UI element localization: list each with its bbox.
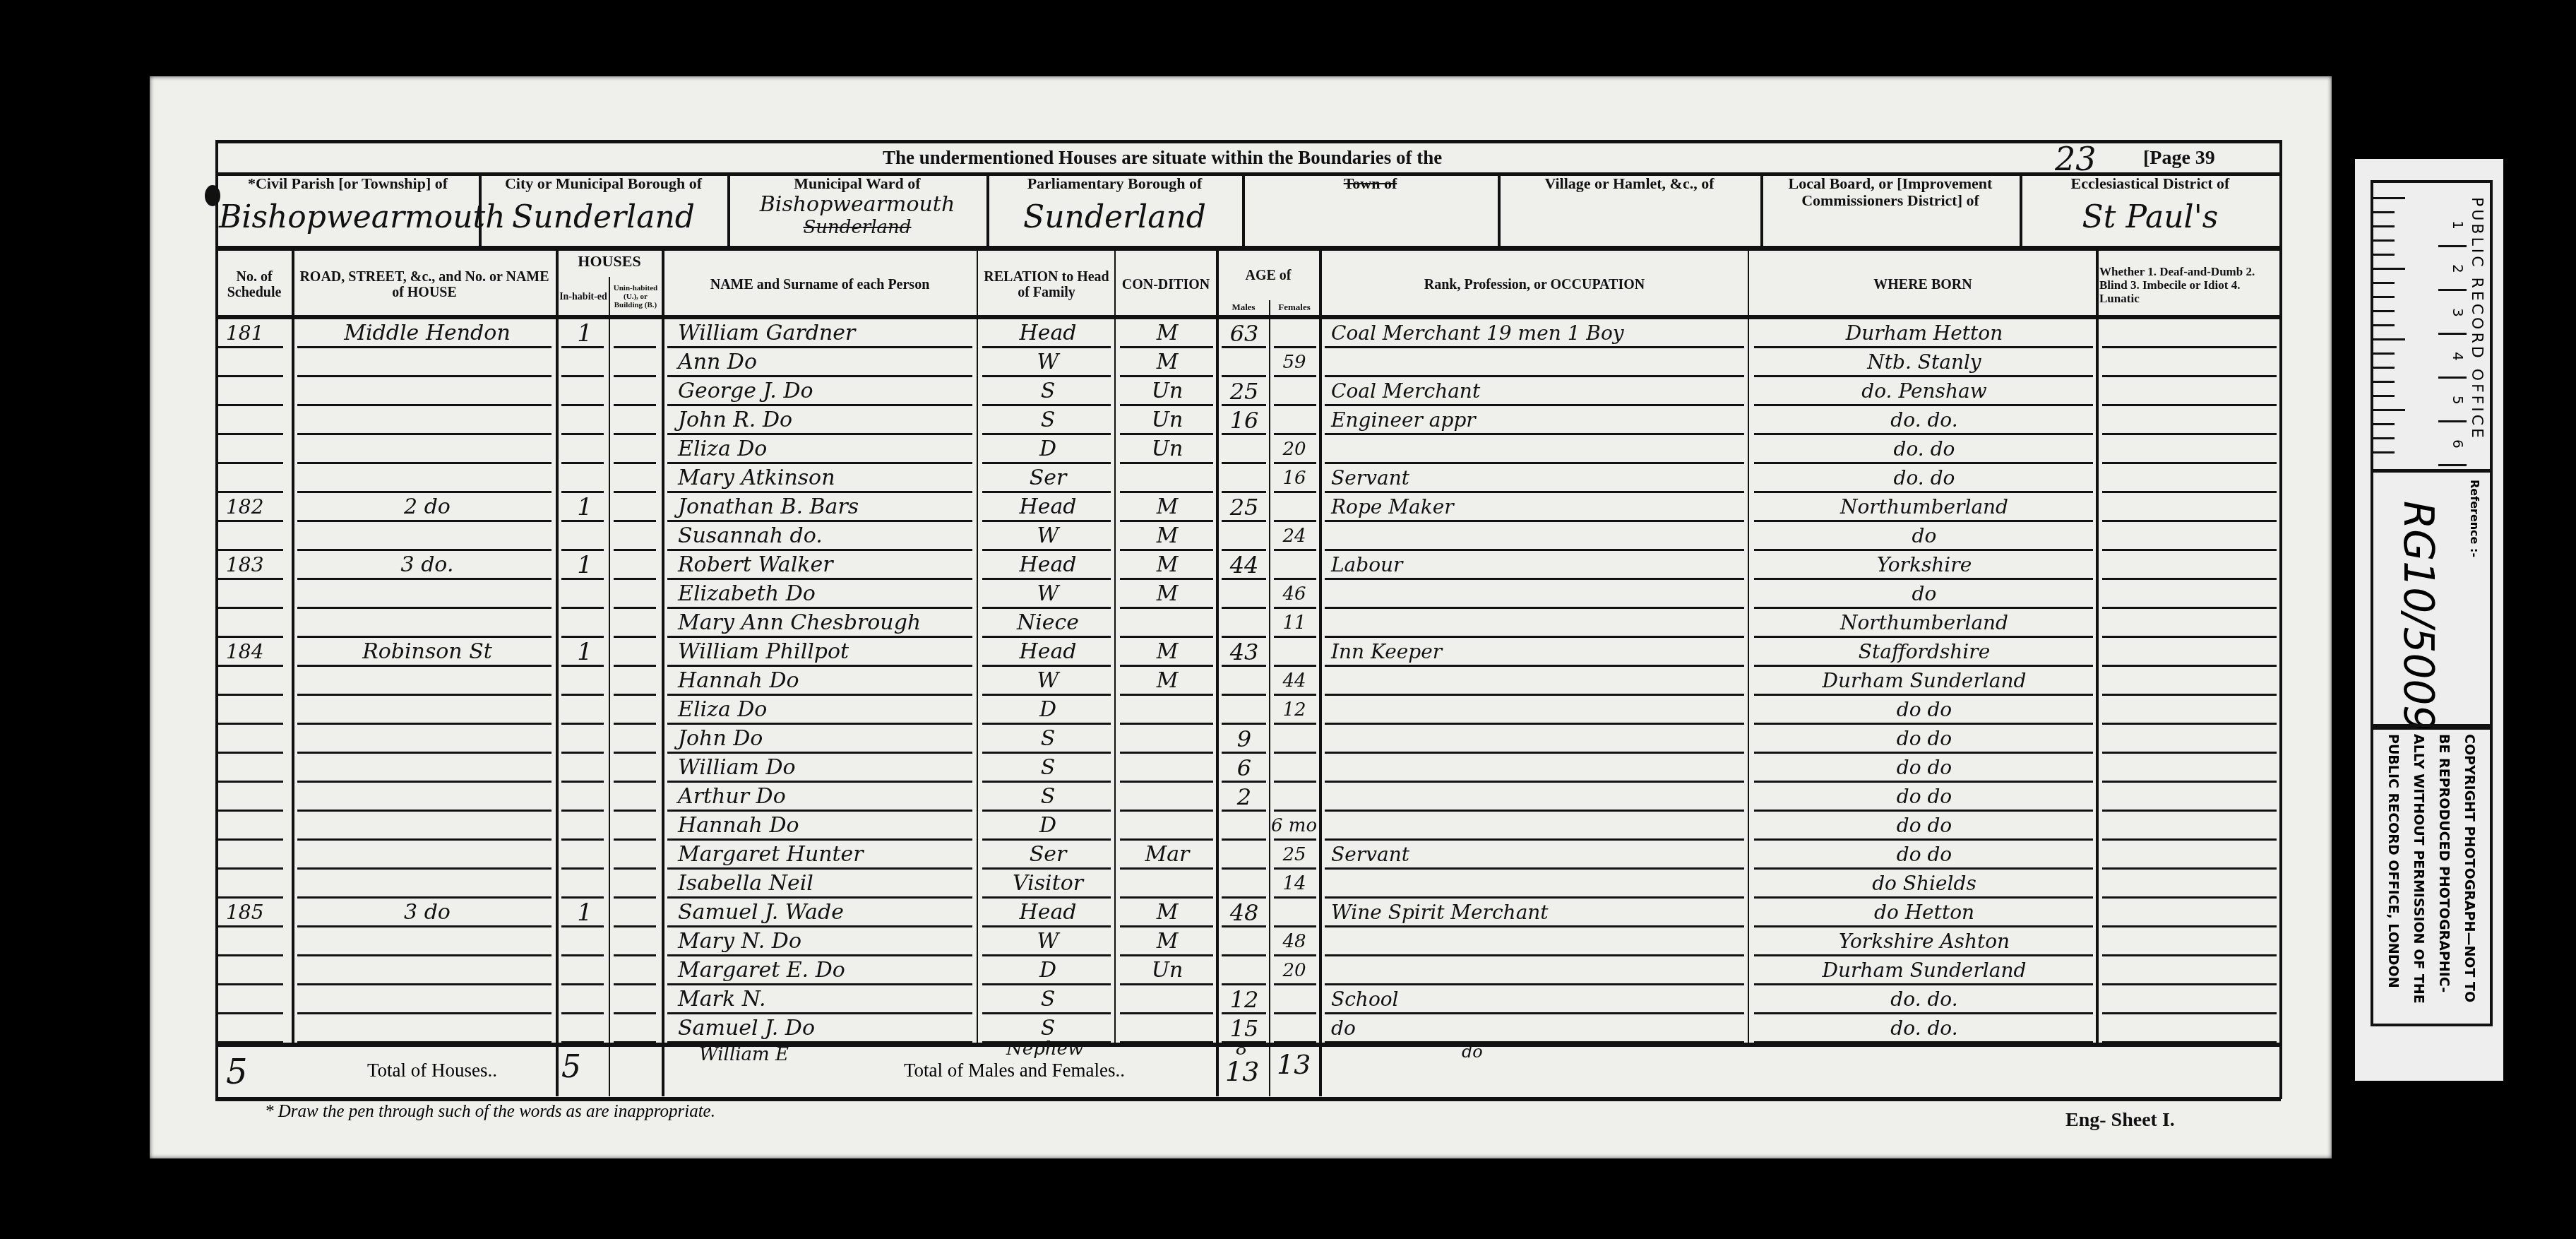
cell-relation: Visitor xyxy=(982,870,1114,898)
cell-schedule xyxy=(219,1014,297,1043)
cell-occupation xyxy=(1324,754,1755,782)
cell-occupation xyxy=(1324,812,1755,840)
ecclesiastical-district-value: St Paul's xyxy=(2022,199,2278,235)
cell-condition: M xyxy=(1119,580,1215,608)
cell-born: do Shields xyxy=(1753,870,2095,898)
cell-female-age xyxy=(1271,1014,1318,1043)
cell-inhabited: 1 xyxy=(561,638,608,666)
cell-condition: M xyxy=(1119,899,1215,927)
cell-male-age xyxy=(1220,667,1269,695)
table-row: William DoS6do do xyxy=(215,754,2281,782)
cell-relation: D xyxy=(982,812,1114,840)
cell-road: 2 do xyxy=(300,493,554,521)
cell-male-age: 2 xyxy=(1220,783,1269,811)
col-header-inhabited: In-habit-ed xyxy=(559,277,607,316)
municipal-ward-value: Bishopwearmouth xyxy=(730,192,984,217)
cell-relation: W xyxy=(982,522,1114,550)
cell-inhabited xyxy=(561,754,608,782)
cell-condition: M xyxy=(1119,493,1215,521)
cell-schedule xyxy=(219,522,297,550)
cell-female-age: 6 months xyxy=(1271,812,1318,840)
cell-name: Mary N. Do xyxy=(671,927,985,956)
row-rule xyxy=(1754,1041,2093,1043)
col-header-schedule: No. of Schedule xyxy=(219,253,290,316)
cell-inhabited: 1 xyxy=(561,899,608,927)
table-row: Elizabeth DoWM46do xyxy=(215,580,2281,608)
cell-male-age xyxy=(1220,435,1269,463)
cell-name: William Gardner xyxy=(671,319,985,348)
cell-male-age xyxy=(1220,580,1269,608)
total-males: 13 xyxy=(1225,1056,1259,1087)
cell-inhabited xyxy=(561,725,608,753)
table-row: Mark N.S12Schooldo. do. xyxy=(215,985,2281,1014)
cell-name: Eliza Do xyxy=(671,696,985,724)
row-rule xyxy=(218,1041,283,1043)
cell-male-age xyxy=(1220,696,1269,724)
cell-female-age: 20 xyxy=(1271,956,1318,985)
cell-born: do xyxy=(1753,580,2095,608)
cell-schedule xyxy=(219,841,297,869)
copyright-box: COPYRIGHT PHOTOGRAPH—NOT TO BE REPRODUCE… xyxy=(2371,724,2493,1026)
cell-occupation xyxy=(1324,725,1755,753)
cell-relation: D xyxy=(982,696,1114,724)
cell-inhabited xyxy=(561,927,608,956)
cell-relation: S xyxy=(982,754,1114,782)
cell-schedule xyxy=(219,348,297,377)
bottom-rule xyxy=(215,1097,2281,1101)
cell-road xyxy=(300,406,554,434)
ruler-tick xyxy=(2373,197,2405,199)
cell-occupation: Labour xyxy=(1324,551,1755,579)
cell-born: do do xyxy=(1753,725,2095,753)
cell-name: Margaret E. Do xyxy=(671,956,985,985)
cell-schedule xyxy=(219,435,297,463)
cell-condition xyxy=(1119,870,1215,898)
col-header-males: Males xyxy=(1220,300,1268,314)
row-rule xyxy=(561,1041,604,1043)
cell-schedule xyxy=(219,725,297,753)
cell-female-age xyxy=(1271,377,1318,405)
ruler-number: 4 xyxy=(2438,336,2467,379)
cell-born: do xyxy=(1753,522,2095,550)
cell-female-age xyxy=(1271,985,1318,1014)
col-header-relation: RELATION to Head of Family xyxy=(980,253,1113,316)
cell-condition xyxy=(1119,609,1215,637)
cell-condition: Un xyxy=(1119,956,1215,985)
cell-relation: Ser xyxy=(982,464,1114,492)
cell-occupation: Rope Maker xyxy=(1324,493,1755,521)
cell-born: do do xyxy=(1753,812,2095,840)
footnote: * Draw the pen through such of the words… xyxy=(265,1102,715,1122)
cell-name: John R. Do xyxy=(671,406,985,434)
col-header-name: NAME and Surname of each Person xyxy=(665,253,974,316)
cell-condition: M xyxy=(1119,522,1215,550)
cell-inhabited: 1 xyxy=(561,319,608,348)
cell-occupation: Servant xyxy=(1324,841,1755,869)
cell-occupation: Engineer appr xyxy=(1324,406,1755,434)
cell-name: Ann Do xyxy=(671,348,985,377)
ruler-tick xyxy=(2373,268,2405,270)
table-row: 1822 do1Jonathan B. BarsHeadM25Rope Make… xyxy=(215,493,2281,521)
cell-born: do Hetton xyxy=(1753,899,2095,927)
municipal-ward-cell: Municipal Ward of Bishopwearmouth Sunder… xyxy=(730,175,984,246)
cell-relation: S xyxy=(982,377,1114,405)
cell-male-age: 43 xyxy=(1220,638,1269,666)
ruler-tick xyxy=(2373,338,2405,340)
cell-male-age: 48 xyxy=(1220,899,1269,927)
cell-road xyxy=(300,956,554,985)
cell-inhabited xyxy=(561,435,608,463)
cell-occupation xyxy=(1324,609,1755,637)
cell-occupation: Servant xyxy=(1324,464,1755,492)
extra-entry-occupation: do xyxy=(1462,1042,1483,1062)
cell-born: do. do. xyxy=(1753,1014,2095,1043)
sheet-label: Eng- Sheet I. xyxy=(2065,1109,2175,1132)
cell-condition xyxy=(1119,783,1215,811)
local-board-cell: Local Board, or [Improvement Commissione… xyxy=(1763,175,2017,246)
cell-male-age: 16 xyxy=(1220,406,1269,434)
cell-road: Robinson St xyxy=(300,638,554,666)
ruler-number: 1 xyxy=(2438,204,2467,247)
table-row: 184Robinson St1William PhillpotHeadM43In… xyxy=(215,638,2281,666)
cell-condition: M xyxy=(1119,667,1215,695)
cell-born: do do xyxy=(1753,696,2095,724)
cell-schedule xyxy=(219,580,297,608)
ecclesiastical-district-cell: Ecclesiastical District of St Paul's xyxy=(2022,175,2278,246)
cell-name: Robert Walker xyxy=(671,551,985,579)
cell-name: William Phillpot xyxy=(671,638,985,666)
table-row: 1833 do.1Robert WalkerHeadM44LabourYorks… xyxy=(215,551,2281,579)
cell-relation: S xyxy=(982,985,1114,1014)
cell-condition: M xyxy=(1119,551,1215,579)
cell-inhabited xyxy=(561,580,608,608)
table-row: John DoS9do do xyxy=(215,725,2281,753)
table-row: Susannah do.WM24do xyxy=(215,522,2281,550)
cell-male-age: 12 xyxy=(1220,985,1269,1014)
table-row: Margaret HunterSerMar25Servantdo do xyxy=(215,841,2281,869)
row-rule xyxy=(667,1041,972,1043)
cell-condition: Un xyxy=(1119,435,1215,463)
cell-born: Durham Sunderland xyxy=(1753,956,2095,985)
col-header-infirmity: Whether 1. Deaf-and-Dumb 2. Blind 3. Imb… xyxy=(2099,253,2277,316)
cell-schedule: 184 xyxy=(219,638,297,666)
town-cell: Town of xyxy=(1245,175,1496,246)
cell-road: 3 do. xyxy=(300,551,554,579)
cell-born: do do xyxy=(1753,783,2095,811)
cell-name: Mary Atkinson xyxy=(671,464,985,492)
table-row: Eliza DoDUn20do. do xyxy=(215,435,2281,463)
cell-road xyxy=(300,812,554,840)
reference-box: Reference :- RG10/5009 xyxy=(2371,470,2493,730)
cell-occupation xyxy=(1324,696,1755,724)
cell-name: Jonathan B. Bars xyxy=(671,493,985,521)
cell-schedule: 181 xyxy=(219,319,297,348)
cell-inhabited xyxy=(561,464,608,492)
cell-name: Samuel J. Wade xyxy=(671,899,985,927)
cell-name: Samuel J. Do xyxy=(671,1014,985,1043)
cell-born: Northumberland xyxy=(1753,493,2095,521)
ruler-tick xyxy=(2373,211,2395,213)
cell-female-age xyxy=(1271,725,1318,753)
cell-road xyxy=(300,754,554,782)
cell-inhabited xyxy=(561,956,608,985)
cell-relation: Niece xyxy=(982,609,1114,637)
ruler-number: 6 xyxy=(2438,423,2467,466)
row-rule xyxy=(1274,1041,1316,1043)
cell-schedule xyxy=(219,870,297,898)
ruler-tick xyxy=(2373,409,2405,411)
ruler-tick xyxy=(2373,437,2395,439)
cell-born: do. Penshaw xyxy=(1753,377,2095,405)
cell-inhabited xyxy=(561,377,608,405)
cell-born: Yorkshire Ashton xyxy=(1753,927,2095,956)
cell-relation: Ser xyxy=(982,841,1114,869)
cell-born: Staffordshire xyxy=(1753,638,2095,666)
cell-schedule xyxy=(219,696,297,724)
cell-name: William Do xyxy=(671,754,985,782)
cell-occupation: Wine Spirit Merchant xyxy=(1324,899,1755,927)
cell-relation: W xyxy=(982,667,1114,695)
reference-value: RG10/5009 xyxy=(2395,501,2443,731)
cell-female-age: 16 xyxy=(1271,464,1318,492)
cell-female-age: 46 xyxy=(1271,580,1318,608)
municipal-ward-struck: Sunderland xyxy=(730,217,984,238)
ruler-tick xyxy=(2373,395,2395,397)
civil-parish-value: Bishopwearmouth xyxy=(219,199,477,235)
cell-schedule xyxy=(219,812,297,840)
cell-condition xyxy=(1119,754,1215,782)
col-header-uninhabited: Unin-habited (U.), or Building (B.) xyxy=(612,277,660,316)
cell-road xyxy=(300,1014,554,1043)
page-label: [Page 39 xyxy=(2143,147,2215,170)
cell-male-age: 63 xyxy=(1220,319,1269,348)
top-rule xyxy=(215,140,2281,143)
cell-male-age xyxy=(1220,956,1269,985)
cell-relation: S xyxy=(982,783,1114,811)
cell-female-age: 48 xyxy=(1271,927,1318,956)
parliamentary-borough-cell: Parliamentary Borough of Sunderland xyxy=(989,175,1240,246)
ruler-tick xyxy=(2373,254,2395,256)
cell-female-age xyxy=(1271,638,1318,666)
boundary-rule xyxy=(215,246,2281,251)
table-row: Hannah DoWM44Durham Sunderland xyxy=(215,667,2281,695)
cell-condition xyxy=(1119,464,1215,492)
ruler-tick xyxy=(2373,451,2395,453)
table-row: George J. DoSUn25Coal Merchantdo. Pensha… xyxy=(215,377,2281,405)
table-row: Eliza DoD12do do xyxy=(215,696,2281,724)
total-females: 13 xyxy=(1277,1049,1311,1080)
cell-female-age: 24 xyxy=(1271,522,1318,550)
cell-relation: Head xyxy=(982,899,1114,927)
cell-inhabited xyxy=(561,1014,608,1043)
cell-born: Durham Hetton xyxy=(1753,319,2095,348)
cell-born: do. do. xyxy=(1753,406,2095,434)
cell-name: Hannah Do xyxy=(671,667,985,695)
cell-schedule xyxy=(219,406,297,434)
civil-parish-cell: *Civil Parish [or Township] of Bishopwea… xyxy=(219,175,477,246)
extra-entry-name: William E xyxy=(699,1044,789,1065)
cell-road xyxy=(300,985,554,1014)
punch-hole-mark xyxy=(205,185,220,206)
cell-occupation xyxy=(1324,435,1755,463)
cell-relation: W xyxy=(982,580,1114,608)
row-rule xyxy=(1325,1041,1744,1043)
cell-road xyxy=(300,696,554,724)
cell-relation: Head xyxy=(982,551,1114,579)
cell-name: Susannah do. xyxy=(671,522,985,550)
cell-inhabited xyxy=(561,985,608,1014)
cell-condition xyxy=(1119,696,1215,724)
cell-male-age xyxy=(1220,870,1269,898)
cell-road xyxy=(300,927,554,956)
cell-occupation: Coal Merchant 19 men 1 Boy xyxy=(1324,319,1755,348)
cell-born: Northumberland xyxy=(1753,609,2095,637)
cell-name: Arthur Do xyxy=(671,783,985,811)
cell-road xyxy=(300,377,554,405)
cell-occupation: do xyxy=(1324,1014,1755,1043)
cell-relation: S xyxy=(982,725,1114,753)
ruler-number: 3 xyxy=(2438,292,2467,335)
cell-condition xyxy=(1119,812,1215,840)
ruler-tick xyxy=(2373,225,2395,227)
row-rule xyxy=(1120,1041,1213,1043)
cell-name: Margaret Hunter xyxy=(671,841,985,869)
cell-female-age: 12 xyxy=(1271,696,1318,724)
cell-inhabited xyxy=(561,348,608,377)
cell-female-age: 59 xyxy=(1271,348,1318,377)
cell-name: Mark N. xyxy=(671,985,985,1014)
cell-inhabited xyxy=(561,522,608,550)
table-row: Isabella NeilVisitor14do Shields xyxy=(215,870,2281,898)
parliamentary-borough-value: Sunderland xyxy=(989,199,1240,235)
cell-condition xyxy=(1119,725,1215,753)
cell-name: Elizabeth Do xyxy=(671,580,985,608)
cell-schedule xyxy=(219,464,297,492)
table-row: Samuel J. DoS15dodo. do. xyxy=(215,1014,2281,1043)
cell-relation: Head xyxy=(982,493,1114,521)
cell-schedule xyxy=(219,956,297,985)
cell-schedule xyxy=(219,377,297,405)
table-row: 181Middle Hendon1William GardnerHeadM63C… xyxy=(215,319,2281,348)
cell-condition: M xyxy=(1119,638,1215,666)
table-row: Margaret E. DoDUn20Durham Sunderland xyxy=(215,956,2281,985)
cell-occupation xyxy=(1324,927,1755,956)
ruler-tick xyxy=(2373,239,2395,242)
cell-male-age xyxy=(1220,812,1269,840)
cell-born: Yorkshire xyxy=(1753,551,2095,579)
cell-occupation: School xyxy=(1324,985,1755,1014)
cell-occupation xyxy=(1324,956,1755,985)
ruler-tick xyxy=(2373,367,2395,369)
cell-road xyxy=(300,522,554,550)
cell-name: Hannah Do xyxy=(671,812,985,840)
cell-schedule: 183 xyxy=(219,551,297,579)
cell-inhabited: 1 xyxy=(561,493,608,521)
cell-female-age: 25 xyxy=(1271,841,1318,869)
col-header-females: Females xyxy=(1271,300,1318,314)
cell-name: Mary Ann Chesbrough xyxy=(671,609,985,637)
cell-relation: D xyxy=(982,956,1114,985)
ruler-tick xyxy=(2373,282,2395,284)
cell-born: do do xyxy=(1753,754,2095,782)
cell-name: John Do xyxy=(671,725,985,753)
cell-born: do. do. xyxy=(1753,985,2095,1014)
cell-condition: M xyxy=(1119,927,1215,956)
cell-schedule xyxy=(219,927,297,956)
ruler-number: 5 xyxy=(2438,379,2467,422)
cell-born: Durham Sunderland xyxy=(1753,667,2095,695)
cell-schedule: 182 xyxy=(219,493,297,521)
cell-name: George J. Do xyxy=(671,377,985,405)
ruler-tick xyxy=(2373,310,2395,312)
cell-male-age: 25 xyxy=(1220,377,1269,405)
cell-born: do. do xyxy=(1753,435,2095,463)
cell-male-age xyxy=(1220,841,1269,869)
cell-male-age: 9 xyxy=(1220,725,1269,753)
col-header-occupation: Rank, Profession, or OCCUPATION xyxy=(1323,253,1746,316)
cell-born: do. do xyxy=(1753,464,2095,492)
cell-male-age xyxy=(1220,464,1269,492)
cell-schedule xyxy=(219,609,297,637)
cell-female-age xyxy=(1271,319,1318,348)
cell-occupation xyxy=(1324,522,1755,550)
ruler-number: 2 xyxy=(2438,248,2467,291)
cell-male-age xyxy=(1220,927,1269,956)
reference-strip: PUBLIC RECORD OFFICE 123456 Reference :-… xyxy=(2355,159,2503,1081)
cell-female-age xyxy=(1271,899,1318,927)
cell-schedule xyxy=(219,667,297,695)
cell-occupation xyxy=(1324,348,1755,377)
cell-male-age: 44 xyxy=(1220,551,1269,579)
village-cell: Village or Hamlet, &c., of xyxy=(1501,175,1758,246)
reference-label: Reference :- xyxy=(2468,480,2481,557)
cell-relation: Head xyxy=(982,319,1114,348)
cell-schedule xyxy=(219,783,297,811)
cell-relation: W xyxy=(982,927,1114,956)
cell-condition: M xyxy=(1119,319,1215,348)
cell-female-age: 44 xyxy=(1271,667,1318,695)
cell-condition: Mar xyxy=(1119,841,1215,869)
cell-occupation xyxy=(1324,667,1755,695)
extra-entry-relation: Nephew xyxy=(1006,1038,1083,1060)
total-houses-label: Total of Houses.. xyxy=(367,1060,497,1081)
cell-female-age xyxy=(1271,551,1318,579)
cell-road xyxy=(300,348,554,377)
table-row: Mary N. DoWM48Yorkshire Ashton xyxy=(215,927,2281,956)
cell-occupation: Coal Merchant xyxy=(1324,377,1755,405)
total-houses-value: 5 xyxy=(561,1049,581,1085)
cell-road xyxy=(300,725,554,753)
row-rule xyxy=(2102,1041,2277,1043)
cell-road xyxy=(300,783,554,811)
cell-inhabited: 1 xyxy=(561,551,608,579)
ruler-tick xyxy=(2373,296,2395,298)
cell-relation: S xyxy=(982,406,1114,434)
cell-female-age xyxy=(1271,754,1318,782)
cell-occupation xyxy=(1324,580,1755,608)
cell-male-age xyxy=(1220,348,1269,377)
cell-relation: Head xyxy=(982,638,1114,666)
page-title: The undermentioned Houses are situate wi… xyxy=(883,147,1442,169)
cell-condition xyxy=(1119,1014,1215,1043)
cell-inhabited xyxy=(561,667,608,695)
cell-born: Ntb. Stanly xyxy=(1753,348,2095,377)
cell-male-age: 6 xyxy=(1220,754,1269,782)
cell-condition: Un xyxy=(1119,377,1215,405)
cell-inhabited xyxy=(561,406,608,434)
ruler-label: PUBLIC RECORD OFFICE xyxy=(2468,197,2486,441)
col-header-road: ROAD, STREET, &c., and No. or NAME of HO… xyxy=(295,253,554,316)
